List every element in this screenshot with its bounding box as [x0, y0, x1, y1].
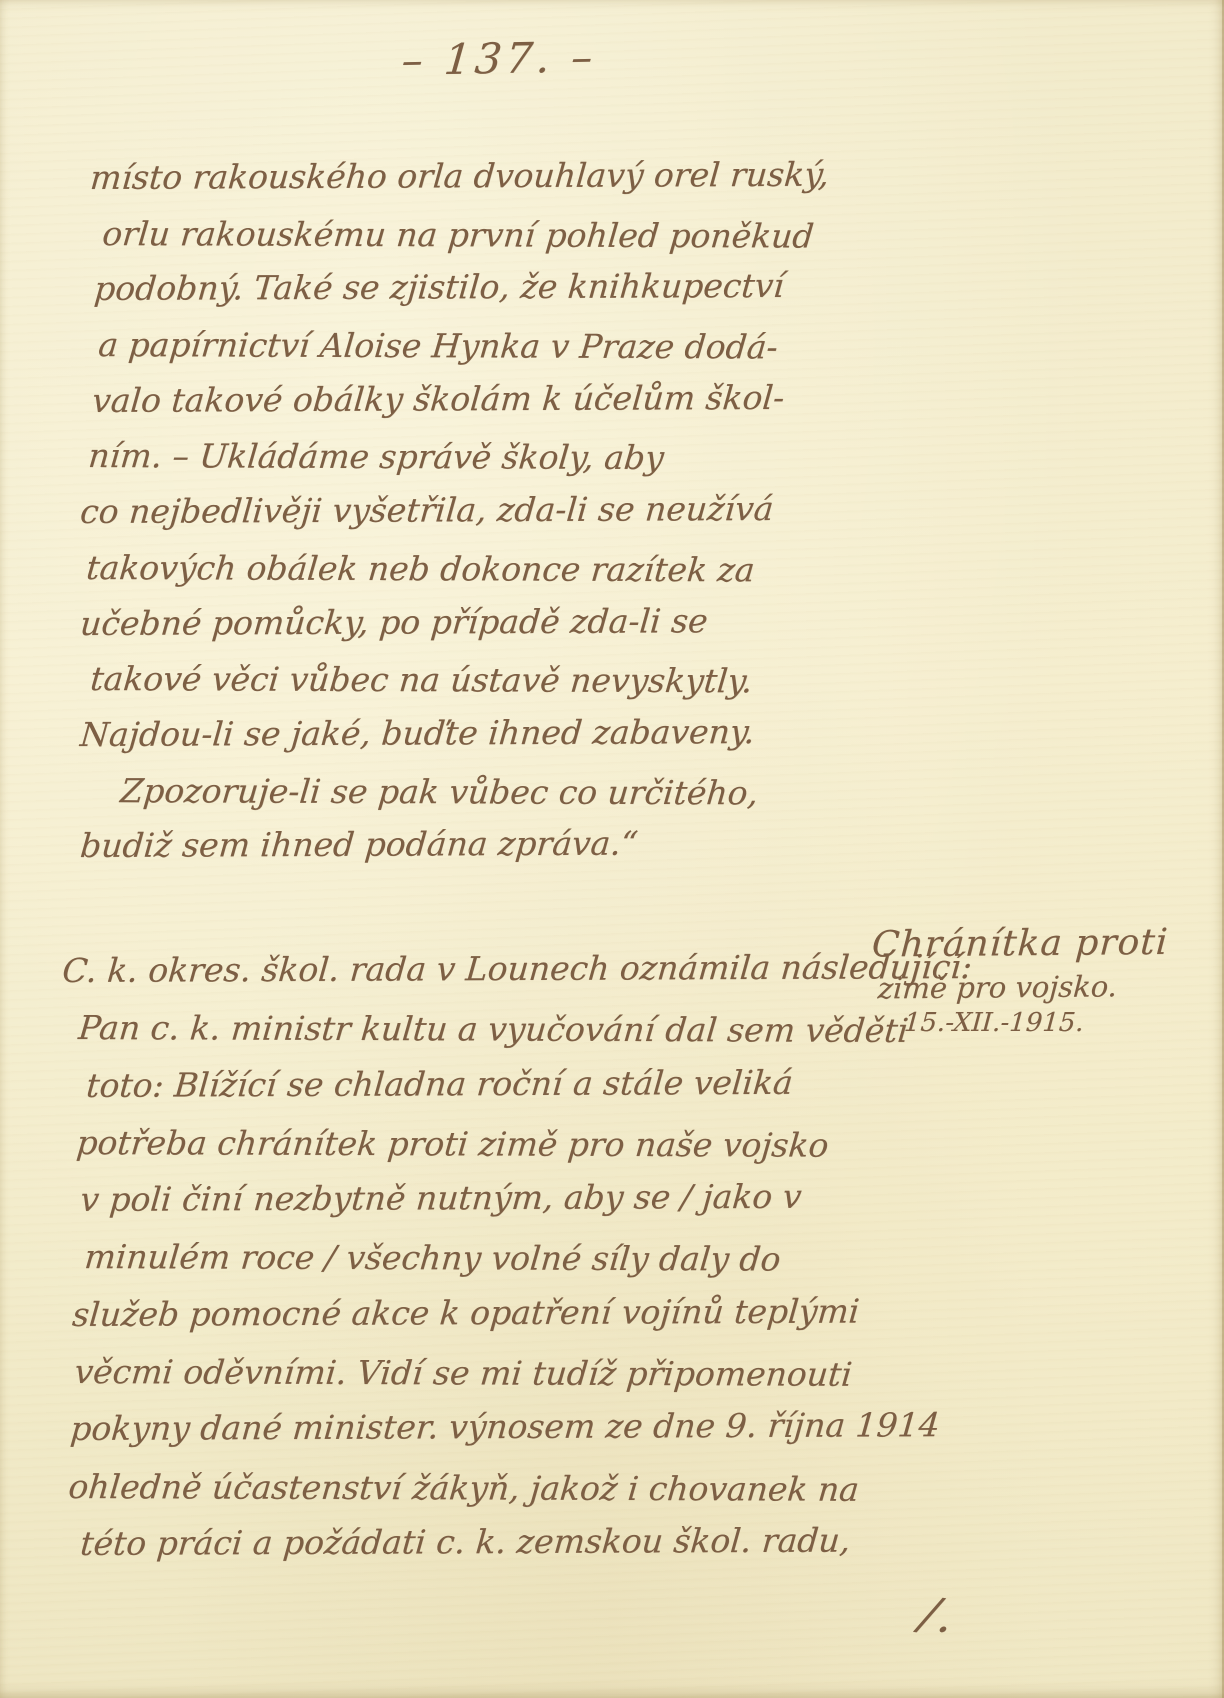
- manuscript-line: minulém roce / všechny volné síly daly d…: [60, 1228, 885, 1288]
- manuscript-line: takové věci vůbec na ústavě nevyskytly.: [78, 651, 943, 710]
- manuscript-line: Najdou-li se jaké, buďte ihned zabaveny.: [78, 703, 943, 762]
- paragraph-winter-protectors: C. k. okres. škol. rada v Lounech oznámi…: [60, 942, 880, 1572]
- margin-note-date: 15.-XII.-1915.: [871, 1006, 1213, 1040]
- manuscript-line: v poli činí nezbytně nutným, aby se / ja…: [60, 1168, 885, 1229]
- manuscript-line: valo takové obálky školám k účelům škol-: [78, 369, 943, 428]
- manuscript-line: ním. – Ukládáme správě školy, aby: [78, 428, 943, 487]
- manuscript-line: C. k. okres. škol. rada v Lounech oznámi…: [60, 938, 885, 999]
- manuscript-line: pokyny dané minister. výnosem ze dne 9. …: [60, 1397, 885, 1458]
- manuscript-line: této práci a požádati c. k. zemskou škol…: [60, 1511, 885, 1572]
- manuscript-line: služeb pomocné akce k opatření vojínů te…: [60, 1282, 885, 1343]
- page-number: – 137. –: [400, 32, 599, 84]
- manuscript-line: učebné pomůcky, po případě zda-li se: [78, 592, 943, 651]
- manuscript-line: potřeba chránítek proti zimě pro naše vo…: [60, 1114, 885, 1174]
- manuscript-line: místo rakouského orla dvouhlavý orel rus…: [78, 146, 943, 205]
- manuscript-line: a papírnictví Aloise Hynka v Praze dodá-: [78, 317, 943, 376]
- manuscript-line: Zpozoruje-li se pak vůbec co určitého,: [78, 763, 943, 822]
- manuscript-page: – 137. – místo rakouského orla dvouhlavý…: [0, 0, 1224, 1698]
- manuscript-line: toto: Blížící se chladna roční a stále v…: [60, 1053, 885, 1114]
- manuscript-line: co nejbedlivěji vyšetřila, zda-li se neu…: [78, 480, 943, 539]
- paragraph-ministerial-decree: místo rakouského orla dvouhlavý orel rus…: [78, 150, 938, 874]
- manuscript-line: orlu rakouskému na první pohled poněkud: [78, 206, 943, 265]
- manuscript-line: Pan c. k. ministr kultu a vyučování dal …: [60, 999, 885, 1059]
- manuscript-line: budiž sem ihned podána zpráva.“: [78, 814, 943, 873]
- manuscript-line: věcmi oděvními. Vidí se mi tudíž připome…: [60, 1343, 885, 1403]
- manuscript-line: takových obálek neb dokonce razítek za: [78, 540, 943, 599]
- manuscript-line: ohledně účastenství žákyň, jakož i chova…: [60, 1458, 885, 1518]
- manuscript-line: podobný. Také se zjistilo, že knihkupect…: [78, 258, 943, 317]
- continuation-mark: /.: [915, 1586, 964, 1643]
